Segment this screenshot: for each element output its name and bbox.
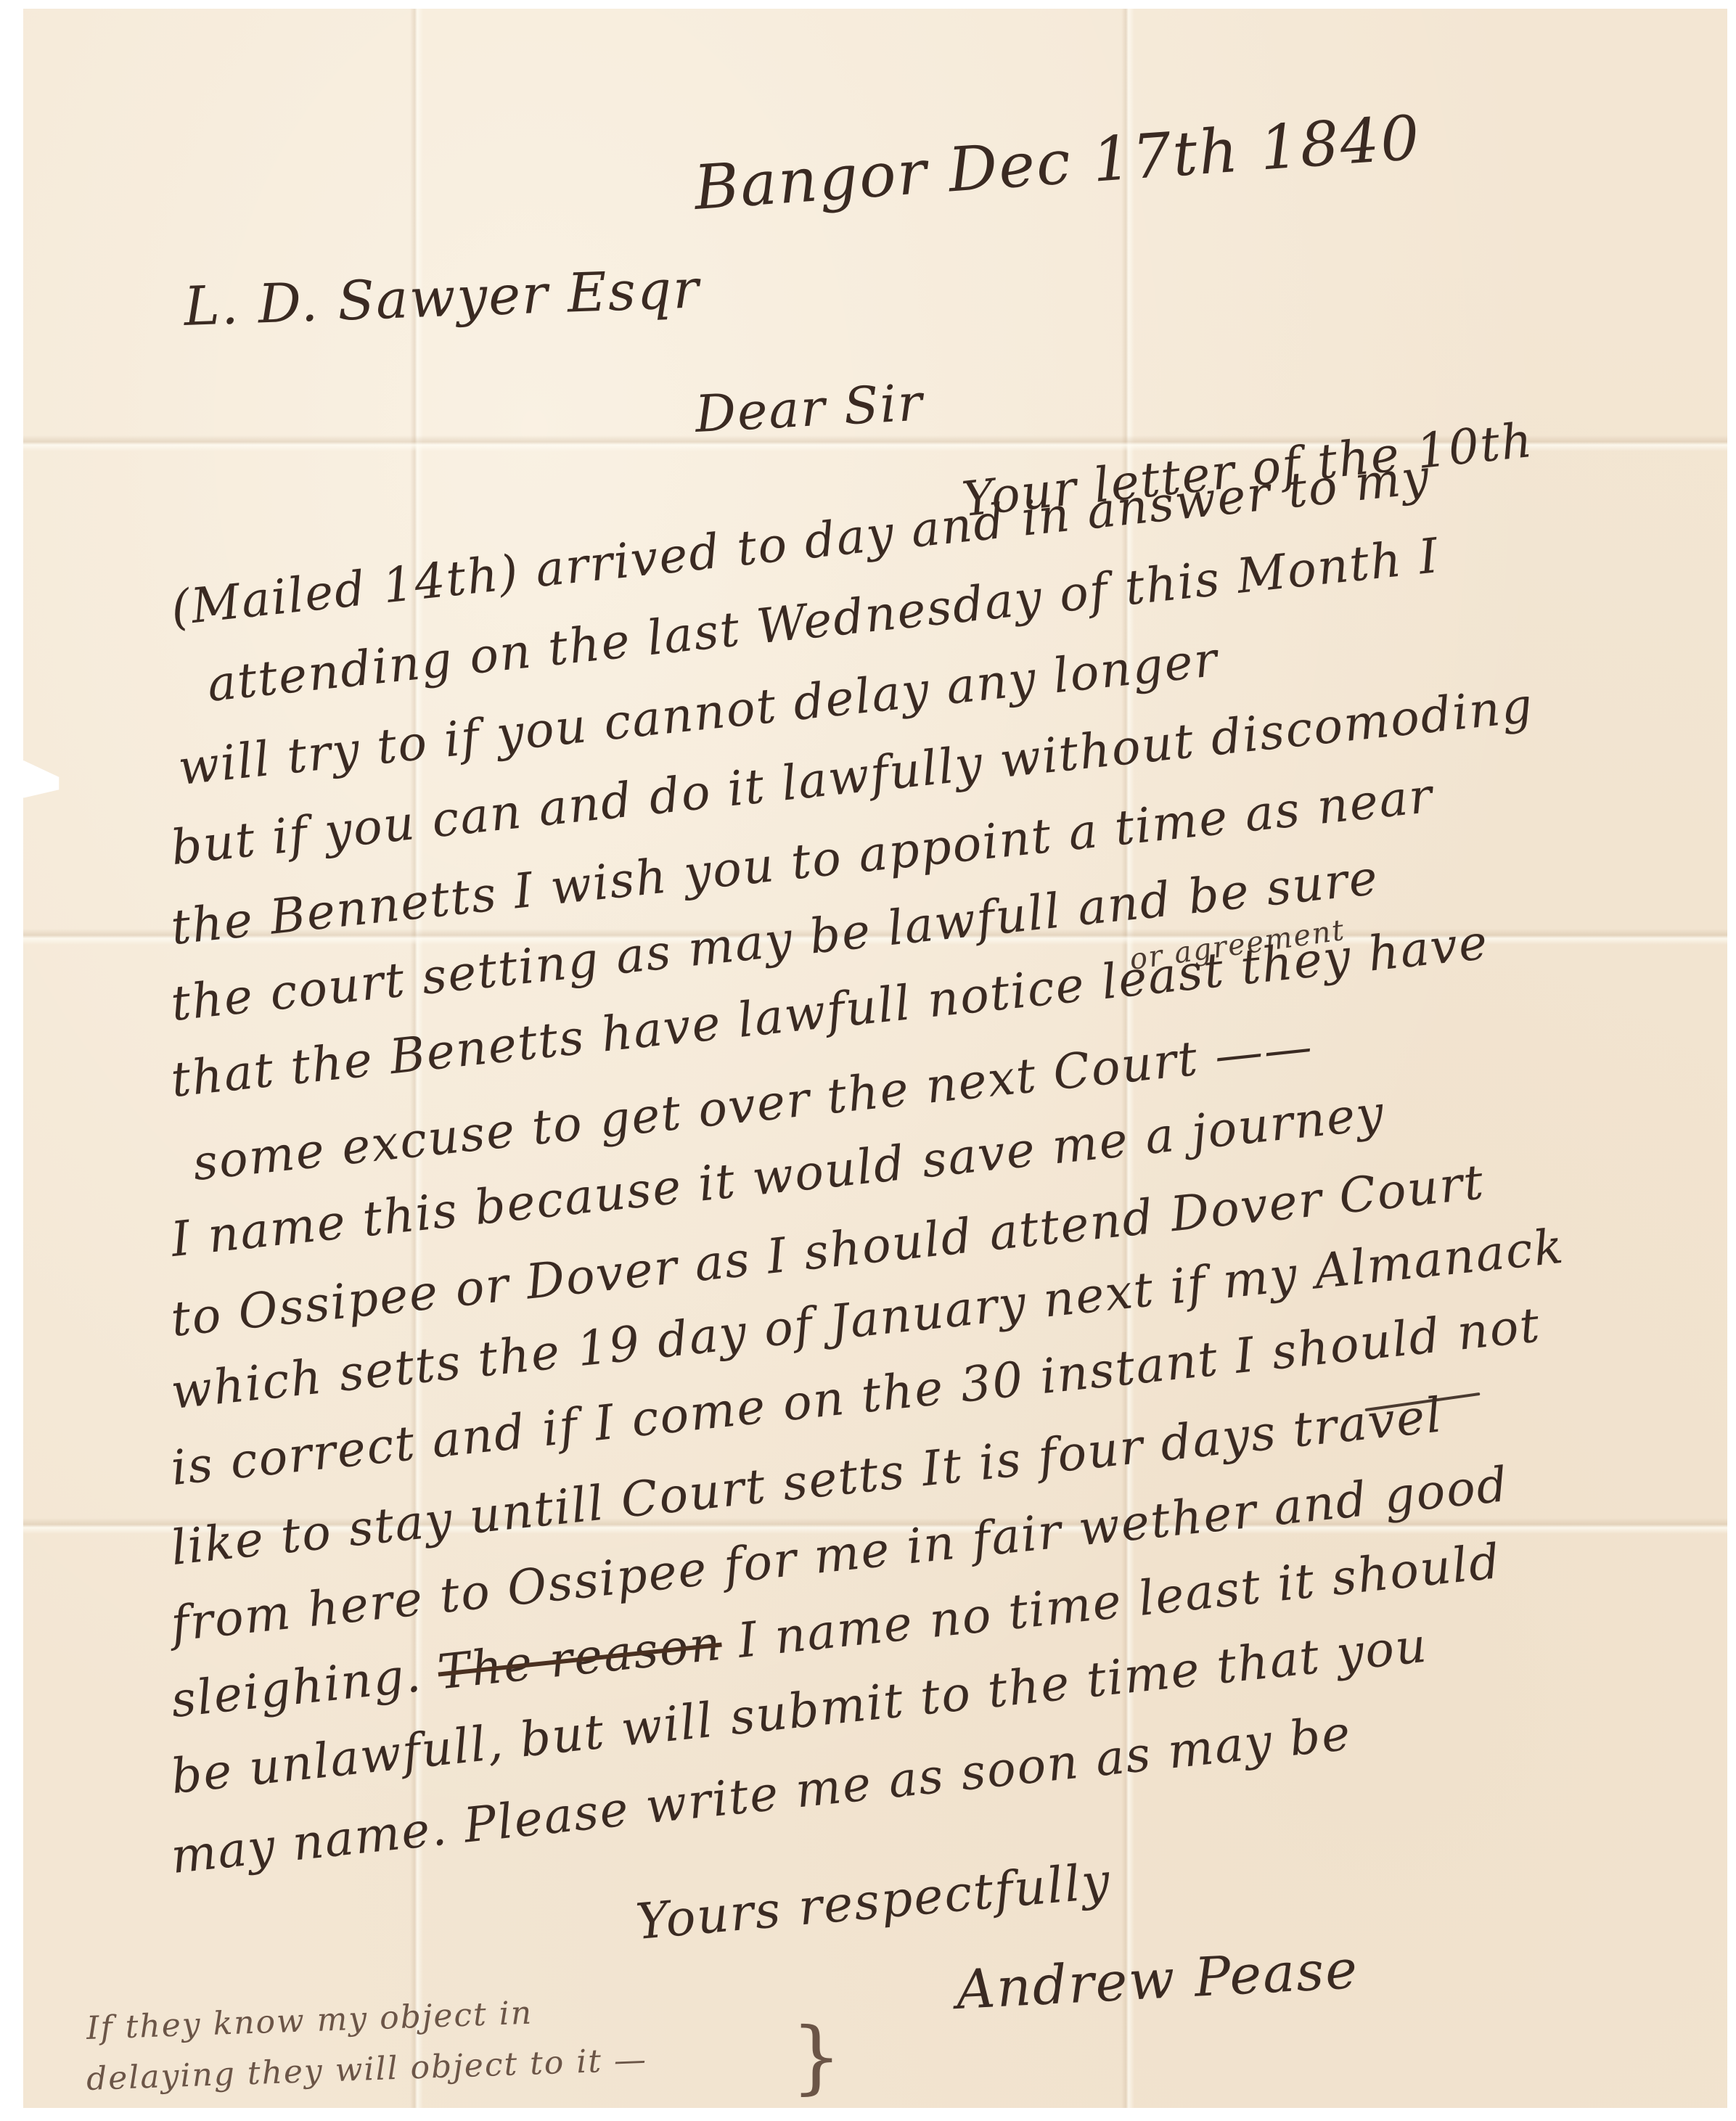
salutation: Dear Sir <box>694 373 925 444</box>
postscript-brace: } <box>791 2010 843 2103</box>
